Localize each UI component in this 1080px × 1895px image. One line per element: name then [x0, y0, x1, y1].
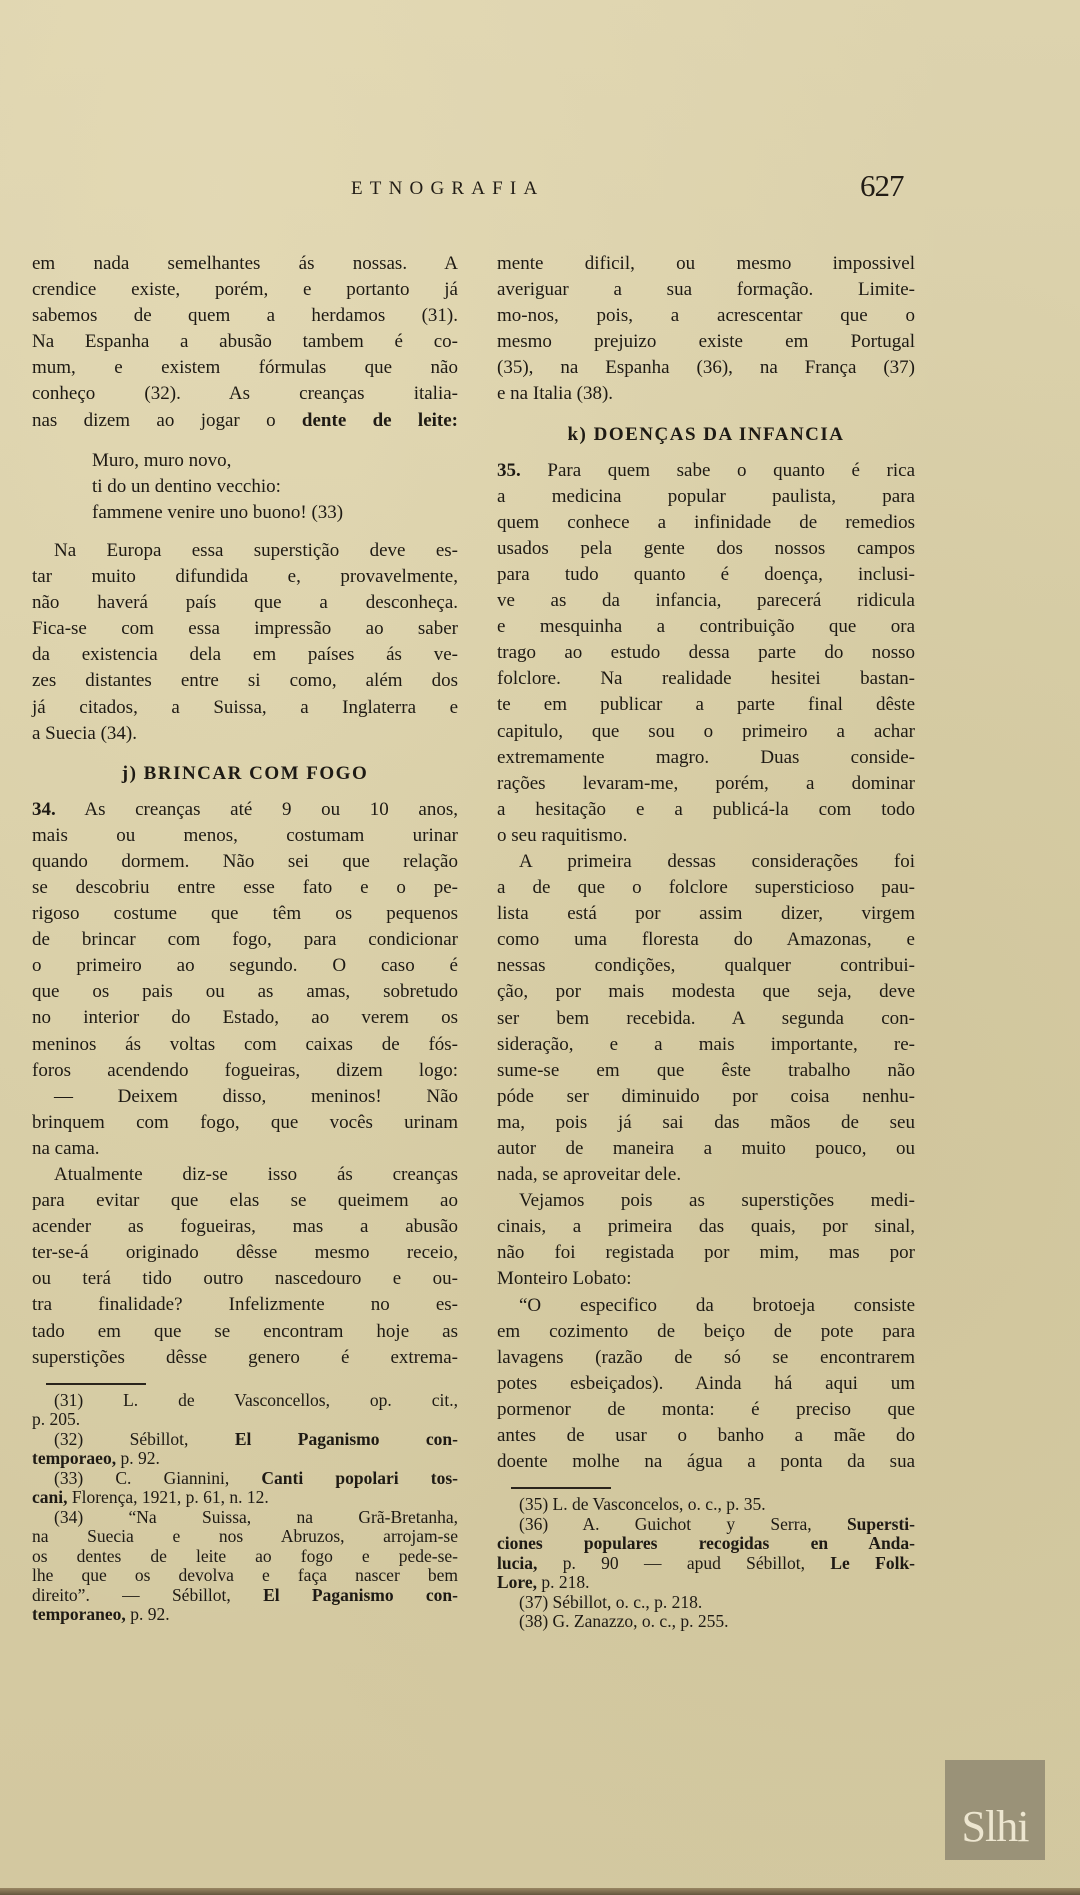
text-run: Florença, 1921, p. 61, n. 12.	[68, 1487, 269, 1507]
text-line: sabemos de quem a herdamos (31).	[32, 303, 458, 329]
text-run: (33) C. Giannini,	[54, 1468, 261, 1488]
text-line: como uma floresta do Amazonas, e	[497, 927, 915, 953]
paragraph: Vejamos pois as superstições medi- cinai…	[497, 1188, 915, 1292]
text-line: lista está por assim dizer, virgem	[497, 901, 915, 927]
text-line: averiguar a sua formação. Limite-	[497, 277, 915, 303]
footnote-line: lucia, p. 90 — apud Sébillot, Le Folk-	[497, 1554, 915, 1574]
footnote-line: lhe que os devolva e faça nascer bem	[32, 1566, 458, 1586]
block-quote: “O especifico da brotoeja consiste em co…	[497, 1293, 915, 1476]
text-line: — Deixem disso, meninos! Não	[32, 1084, 458, 1110]
text-line: quem conhece a infinidade de remedios	[497, 510, 915, 536]
text-line: mais ou menos, costumam urinar	[32, 823, 458, 849]
text-line: da existencia dela em países ás ve-	[32, 642, 458, 668]
verse-line: fammene venire uno buono! (33)	[32, 500, 458, 526]
text-line: Vejamos pois as superstições medi-	[497, 1188, 915, 1214]
footnote-line: os dentes de leite ao fogo e pede-se-	[32, 1547, 458, 1567]
section-heading: k) DOENÇAS DA INFANCIA	[497, 422, 915, 448]
footnote-line: (36) A. Guichot y Serra, Supersti-	[497, 1515, 915, 1535]
text-line: a hesitação e a publicá-la com todo	[497, 797, 915, 823]
text-line: no interior do Estado, ao verem os	[32, 1005, 458, 1031]
text-line: nas dizem ao jogar o dente de leite:	[32, 408, 458, 434]
text-line: o seu raquitismo.	[497, 823, 915, 849]
text-run: nas dizem ao jogar o	[32, 410, 302, 431]
library-watermark-logo: Slhi	[945, 1760, 1045, 1860]
footnote-line: (34) “Na Suissa, na Grã-Bretanha,	[32, 1508, 458, 1528]
text-line: sume-se em que êste trabalho não	[497, 1058, 915, 1084]
right-column: mente dificil, ou mesmo impossivel averi…	[497, 251, 915, 1632]
book-title: cani,	[32, 1487, 68, 1507]
text-line: quando dormem. Não sei que relação	[32, 849, 458, 875]
section-heading: j) BRINCAR COM FOGO	[32, 761, 458, 787]
text-line: meninos ás voltas com caixas de fós-	[32, 1032, 458, 1058]
footnote-line: (37) Sébillot, o. c., p. 218.	[497, 1593, 915, 1613]
text-line: se descobriu entre esse fato e o pe-	[32, 875, 458, 901]
text-line: brinquem com fogo, que vocês urinam	[32, 1110, 458, 1136]
text-line: autor de maneira a muito pouco, ou	[497, 1136, 915, 1162]
text-line: tar muito difundida e, provavelmente,	[32, 564, 458, 590]
book-title: Supersti-	[847, 1514, 915, 1534]
text-line: que os pais ou as amas, sobretudo	[32, 979, 458, 1005]
footnotes: (31) L. de Vasconcellos, op. cit., p. 20…	[32, 1391, 458, 1625]
footnote-line: (35) L. de Vasconcelos, o. c., p. 35.	[497, 1495, 915, 1515]
paragraph: mente dificil, ou mesmo impossivel averi…	[497, 251, 915, 408]
book-title: ciones populares recogidas en Anda-	[497, 1533, 915, 1553]
verse-line: ti do un dentino vecchio:	[32, 474, 458, 500]
text-line: ve as da infancia, parecerá ridicula	[497, 588, 915, 614]
text-run: Para quem sabe o quanto é rica	[547, 460, 915, 481]
footnote-line: (33) C. Giannini, Canti popolari tos-	[32, 1469, 458, 1489]
text-line: em nada semelhantes ás nossas. A	[32, 251, 458, 277]
book-title: El Paganismo con-	[235, 1429, 458, 1449]
document-page: ETNOGRAFIA 627 em nada semelhantes ás no…	[0, 0, 1080, 1895]
text-line: não foi registada por mim, mas por	[497, 1240, 915, 1266]
paragraph: Atualmente diz-se isso ás creanças para …	[32, 1162, 458, 1371]
text-line: trago ao estudo dessa parte do nosso	[497, 640, 915, 666]
text-line: tado em que se encontram hoje as	[32, 1319, 458, 1345]
text-line: mum, e existem fórmulas que não	[32, 355, 458, 381]
text-line: ser bem recebida. A segunda con-	[497, 1006, 915, 1032]
text-line: Fica-se com essa impressão ao saber	[32, 616, 458, 642]
page-edge	[0, 1888, 1080, 1895]
text-line: Atualmente diz-se isso ás creanças	[32, 1162, 458, 1188]
text-line: zes distantes entre si como, além dos	[32, 668, 458, 694]
text-run: p. 92.	[126, 1604, 170, 1624]
text-run: (36) A. Guichot y Serra,	[519, 1514, 847, 1534]
footnote-line: temporaeo, p. 92.	[32, 1449, 458, 1469]
text-line: e mesquinha a contribuição que ora	[497, 614, 915, 640]
text-line: “O especifico da brotoeja consiste	[497, 1293, 915, 1319]
text-line: antes de usar o banho a mãe do	[497, 1423, 915, 1449]
text-run: As creanças até 9 ou 10 anos,	[84, 799, 458, 820]
footnote-line: (38) G. Zanazzo, o. c., p. 255.	[497, 1612, 915, 1632]
book-title: temporaeo,	[32, 1448, 116, 1468]
text-line: póde ser diminuido por coisa nenhu-	[497, 1084, 915, 1110]
text-line: o primeiro ao segundo. O caso é	[32, 953, 458, 979]
text-line: mente dificil, ou mesmo impossivel	[497, 251, 915, 277]
text-line: em cozimento de beiço de pote para	[497, 1319, 915, 1345]
book-title: temporaneo,	[32, 1604, 126, 1624]
footnote-line: cani, Florença, 1921, p. 61, n. 12.	[32, 1488, 458, 1508]
text-line: 35. Para quem sabe o quanto é rica	[497, 458, 915, 484]
text-line: crendice existe, porém, e portanto já	[32, 277, 458, 303]
book-title: El Paganismo con-	[263, 1585, 458, 1605]
verse-line: Muro, muro novo,	[32, 448, 458, 474]
text-line: mo-nos, pois, a acrescentar que o	[497, 303, 915, 329]
text-line: tra finalidade? Infelizmente no es-	[32, 1292, 458, 1318]
text-run: direito”. — Sébillot,	[32, 1585, 263, 1605]
text-line: e na Italia (38).	[497, 381, 915, 407]
footnotes: (35) L. de Vasconcelos, o. c., p. 35. (3…	[497, 1495, 915, 1632]
text-line: Monteiro Lobato:	[497, 1266, 915, 1292]
text-line: nada, se aproveitar dele.	[497, 1162, 915, 1188]
text-line: Na Espanha a abusão tambem é co-	[32, 329, 458, 355]
text-line: ção, por mais modesta que seja, deve	[497, 979, 915, 1005]
text-line: te em publicar a parte final dêste	[497, 692, 915, 718]
text-line: para tudo quanto é doença, inclusi-	[497, 562, 915, 588]
text-line: usados pela gente dos nossos campos	[497, 536, 915, 562]
text-run: p. 90 — apud Sébillot,	[537, 1553, 830, 1573]
text-run: p. 218.	[537, 1572, 590, 1592]
text-line: A primeira dessas considerações foi	[497, 849, 915, 875]
text-line: superstições dêsse genero é extrema-	[32, 1345, 458, 1371]
paragraph: em nada semelhantes ás nossas. A crendic…	[32, 251, 458, 434]
page-number: 627	[860, 168, 904, 204]
footnote-divider	[511, 1487, 611, 1489]
book-title: Lore,	[497, 1572, 537, 1592]
running-title: ETNOGRAFIA	[351, 178, 544, 200]
book-title: Le Folk-	[830, 1553, 915, 1573]
text-line: não haverá país que a desconheça.	[32, 590, 458, 616]
footnote-line: (31) L. de Vasconcellos, op. cit.,	[32, 1391, 458, 1411]
text-line: acender as fogueiras, mas a abusão	[32, 1214, 458, 1240]
text-line: (35), na Espanha (36), na França (37)	[497, 355, 915, 381]
text-line: mesmo prejuizo existe em Portugal	[497, 329, 915, 355]
text-line: a Suecia (34).	[32, 721, 458, 747]
book-title: Canti popolari tos-	[261, 1468, 458, 1488]
paragraph-number: 34.	[32, 799, 56, 820]
text-line: já citados, a Suissa, a Inglaterra e	[32, 695, 458, 721]
text-line: ma, pois já sai das mãos de seu	[497, 1110, 915, 1136]
footnote-line: (32) Sébillot, El Paganismo con-	[32, 1430, 458, 1450]
text-line: doente molhe na água a ponta da sua	[497, 1449, 915, 1475]
paragraph: Na Europa essa superstição deve es- tar …	[32, 538, 458, 747]
footnote-divider	[46, 1383, 146, 1385]
dialogue-paragraph: — Deixem disso, meninos! Não brinquem co…	[32, 1084, 458, 1162]
text-line: rações levaram-me, porém, a dominar	[497, 771, 915, 797]
text-line: pormenor de monta: é preciso que	[497, 1397, 915, 1423]
book-title: lucia,	[497, 1553, 537, 1573]
text-line: na cama.	[32, 1136, 458, 1162]
paragraph: A primeira dessas considerações foi a de…	[497, 849, 915, 1188]
footnote-line: direito”. — Sébillot, El Paganismo con-	[32, 1586, 458, 1606]
text-run: (32) Sébillot,	[54, 1429, 235, 1449]
footnote-line: na Suecia e nos Abruzos, arrojam-se	[32, 1527, 458, 1547]
footnote-line: temporaneo, p. 92.	[32, 1605, 458, 1625]
text-line: a medicina popular paulista, para	[497, 484, 915, 510]
footnote-line: ciones populares recogidas en Anda-	[497, 1534, 915, 1554]
text-line: cinais, a primeira das quais, por sinal,	[497, 1214, 915, 1240]
text-line: de brincar com fogo, para condicionar	[32, 927, 458, 953]
left-column: em nada semelhantes ás nossas. A crendic…	[32, 251, 458, 1625]
paragraph-number: 35.	[497, 460, 521, 481]
text-line: conheço (32). As creanças italia-	[32, 381, 458, 407]
text-line: lavagens (razão de só se encontrarem	[497, 1345, 915, 1371]
text-line: para evitar que elas se queimem ao	[32, 1188, 458, 1214]
text-line: a de que o folclore supersticioso pau-	[497, 875, 915, 901]
text-line: potes esbeiçados). Ainda há aqui um	[497, 1371, 915, 1397]
text-line: Na Europa essa superstição deve es-	[32, 538, 458, 564]
text-line: 34. As creanças até 9 ou 10 anos,	[32, 797, 458, 823]
text-line: ter-se-á originado dêsse mesmo receio,	[32, 1240, 458, 1266]
text-line: sideração, e a mais importante, re-	[497, 1032, 915, 1058]
paragraph: 35. Para quem sabe o quanto é rica a med…	[497, 458, 915, 849]
text-line: extremamente magro. Duas conside-	[497, 745, 915, 771]
bold-term: dente de leite:	[302, 410, 458, 431]
text-line: folclore. Na realidade hesitei bastan-	[497, 666, 915, 692]
verse-quote: Muro, muro novo, ti do un dentino vecchi…	[32, 448, 458, 526]
paragraph: 34. As creanças até 9 ou 10 anos, mais o…	[32, 797, 458, 1084]
text-line: nessas condições, qualquer contribui-	[497, 953, 915, 979]
footnote-line: p. 205.	[32, 1410, 458, 1430]
text-run: p. 92.	[116, 1448, 160, 1468]
text-line: rigoso costume que têm os pequenos	[32, 901, 458, 927]
footnote-line: Lore, p. 218.	[497, 1573, 915, 1593]
text-line: capitulo, que sou o primeiro a achar	[497, 719, 915, 745]
text-line: ou terá tido outro nascedouro e ou-	[32, 1266, 458, 1292]
text-line: foros acendendo fogueiras, dizem logo:	[32, 1058, 458, 1084]
